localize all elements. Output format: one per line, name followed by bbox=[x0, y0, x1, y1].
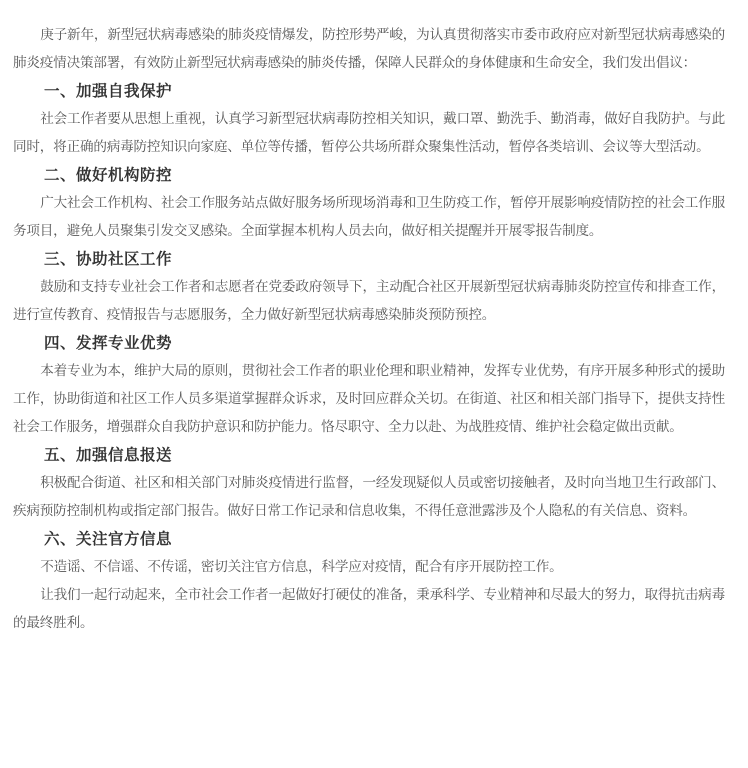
section-heading-4: 四、发挥专业优势 bbox=[13, 329, 725, 357]
intro-paragraph: 庚子新年，新型冠状病毒感染的肺炎疫情爆发，防控形势严峻，为认真贯彻落实市委市政府… bbox=[13, 21, 725, 77]
section-heading-1: 一、加强自我保护 bbox=[13, 77, 725, 105]
closing-paragraph: 让我们一起行动起来，全市社会工作者一起做好打硬仗的准备，秉承科学、专业精神和尽最… bbox=[13, 581, 725, 637]
section-heading-2: 二、做好机构防控 bbox=[13, 161, 725, 189]
section-body-4: 本着专业为本，维护大局的原则，贯彻社会工作者的职业伦理和职业精神，发挥专业优势，… bbox=[13, 357, 725, 441]
section-body-1: 社会工作者要从思想上重视，认真学习新型冠状病毒防控相关知识，戴口罩、勤洗手、勤消… bbox=[13, 105, 725, 161]
section-heading-6: 六、关注官方信息 bbox=[13, 525, 725, 553]
section-heading-3: 三、协助社区工作 bbox=[13, 245, 725, 273]
section-body-3: 鼓励和支持专业社会工作者和志愿者在党委政府领导下，主动配合社区开展新型冠状病毒肺… bbox=[13, 273, 725, 329]
section-body-2: 广大社会工作机构、社会工作服务站点做好服务场所现场消毒和卫生防疫工作，暂停开展影… bbox=[13, 189, 725, 245]
section-body-6: 不造谣、不信谣、不传谣，密切关注官方信息，科学应对疫情，配合有序开展防控工作。 bbox=[13, 553, 725, 581]
section-heading-5: 五、加强信息报送 bbox=[13, 441, 725, 469]
section-body-5: 积极配合街道、社区和相关部门对肺炎疫情进行监督，一经发现疑似人员或密切接触者，及… bbox=[13, 469, 725, 525]
article-body: 庚子新年，新型冠状病毒感染的肺炎疫情爆发，防控形势严峻，为认真贯彻落实市委市政府… bbox=[13, 21, 725, 637]
